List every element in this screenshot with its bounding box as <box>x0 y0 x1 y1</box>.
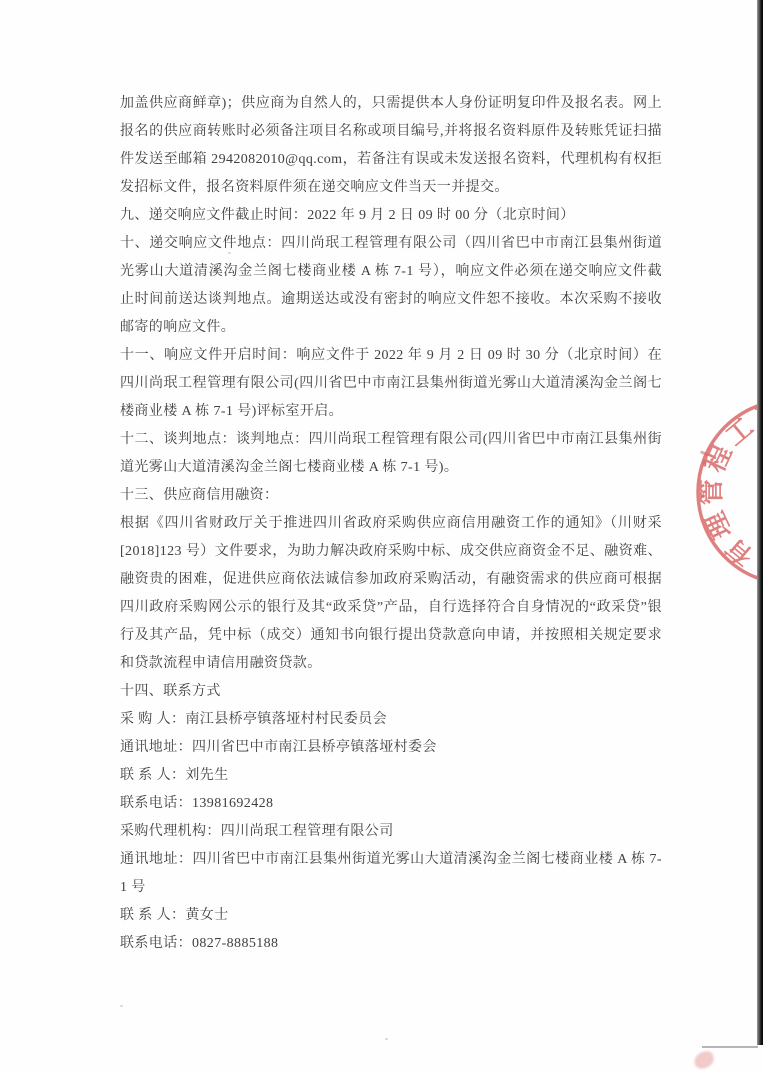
document-paragraph: 联 系 人：黄女士 <box>120 902 662 930</box>
document-paragraph: 十四、联系方式 <box>120 678 662 706</box>
seal-ring <box>698 400 763 584</box>
seal-ink-mark <box>702 460 706 467</box>
seal-character: 程 <box>699 440 737 476</box>
document-paragraph: 联 系 人：刘先生 <box>120 762 662 790</box>
scan-edge-line <box>702 1046 758 1048</box>
seal-character: 有 <box>720 533 759 572</box>
seal-character: 管 <box>696 479 726 505</box>
document-paragraph: 联系电话：13981692428 <box>120 790 662 818</box>
document-body: 加盖供应商鲜章)；供应商为自然人的，只需提供本人身份证明复印件及报名表。网上报名… <box>120 90 662 958</box>
scan-speck <box>385 1038 388 1040</box>
document-paragraph: 加盖供应商鲜章)；供应商为自然人的，只需提供本人身份证明复印件及报名表。网上报名… <box>120 90 662 202</box>
seal-ink-mark <box>700 450 709 456</box>
document-paragraph: 通讯地址：四川省巴中市南江县集州街道光雾山大道清溪沟金兰阁七楼商业楼 A 栋 7… <box>120 846 662 902</box>
scan-speck <box>120 1005 123 1007</box>
scanned-document-page: 加盖供应商鲜章)；供应商为自然人的，只需提供本人身份证明复印件及报名表。网上报名… <box>0 0 763 1073</box>
document-paragraph: 九、递交响应文件截止时间：2022 年 9 月 2 日 09 时 00 分（北京… <box>120 202 662 230</box>
document-paragraph: 十一、响应文件开启时间：响应文件于 2022 年 9 月 2 日 09 时 30… <box>120 342 662 426</box>
seal-character: 理 <box>700 506 738 543</box>
document-paragraph: 采购代理机构：四川尚珉工程管理有限公司 <box>120 818 662 846</box>
document-paragraph: 十二、谈判地点：谈判地点：四川尚珉工程管理有限公司(四川省巴中市南江县集州街道光… <box>120 426 662 482</box>
company-seal-text: 四川尚珉工程管理有限公司 <box>696 398 763 586</box>
scan-edge-shadow <box>757 0 763 1045</box>
document-paragraph: 十、递交响应文件地点：四川尚珉工程管理有限公司（四川省巴中市南江县集州街道光雾山… <box>120 230 662 342</box>
document-paragraph: 通讯地址：四川省巴中市南江县桥亭镇落垭村委会 <box>120 734 662 762</box>
document-paragraph: 采 购 人：南江县桥亭镇落垭村村民委员会 <box>120 706 662 734</box>
seal-character: 工 <box>720 412 759 451</box>
document-paragraph: 根据《四川省财政厅关于推进四川省政府采购供应商信用融资工作的通知》（川财采[20… <box>120 510 662 678</box>
document-paragraph: 联系电话：0827-8885188 <box>120 930 662 958</box>
scan-speck <box>228 252 231 254</box>
document-paragraph: 十三、供应商信用融资： <box>120 482 662 510</box>
seal-ink-mark <box>701 494 705 498</box>
red-ink-smudge <box>692 1049 716 1070</box>
